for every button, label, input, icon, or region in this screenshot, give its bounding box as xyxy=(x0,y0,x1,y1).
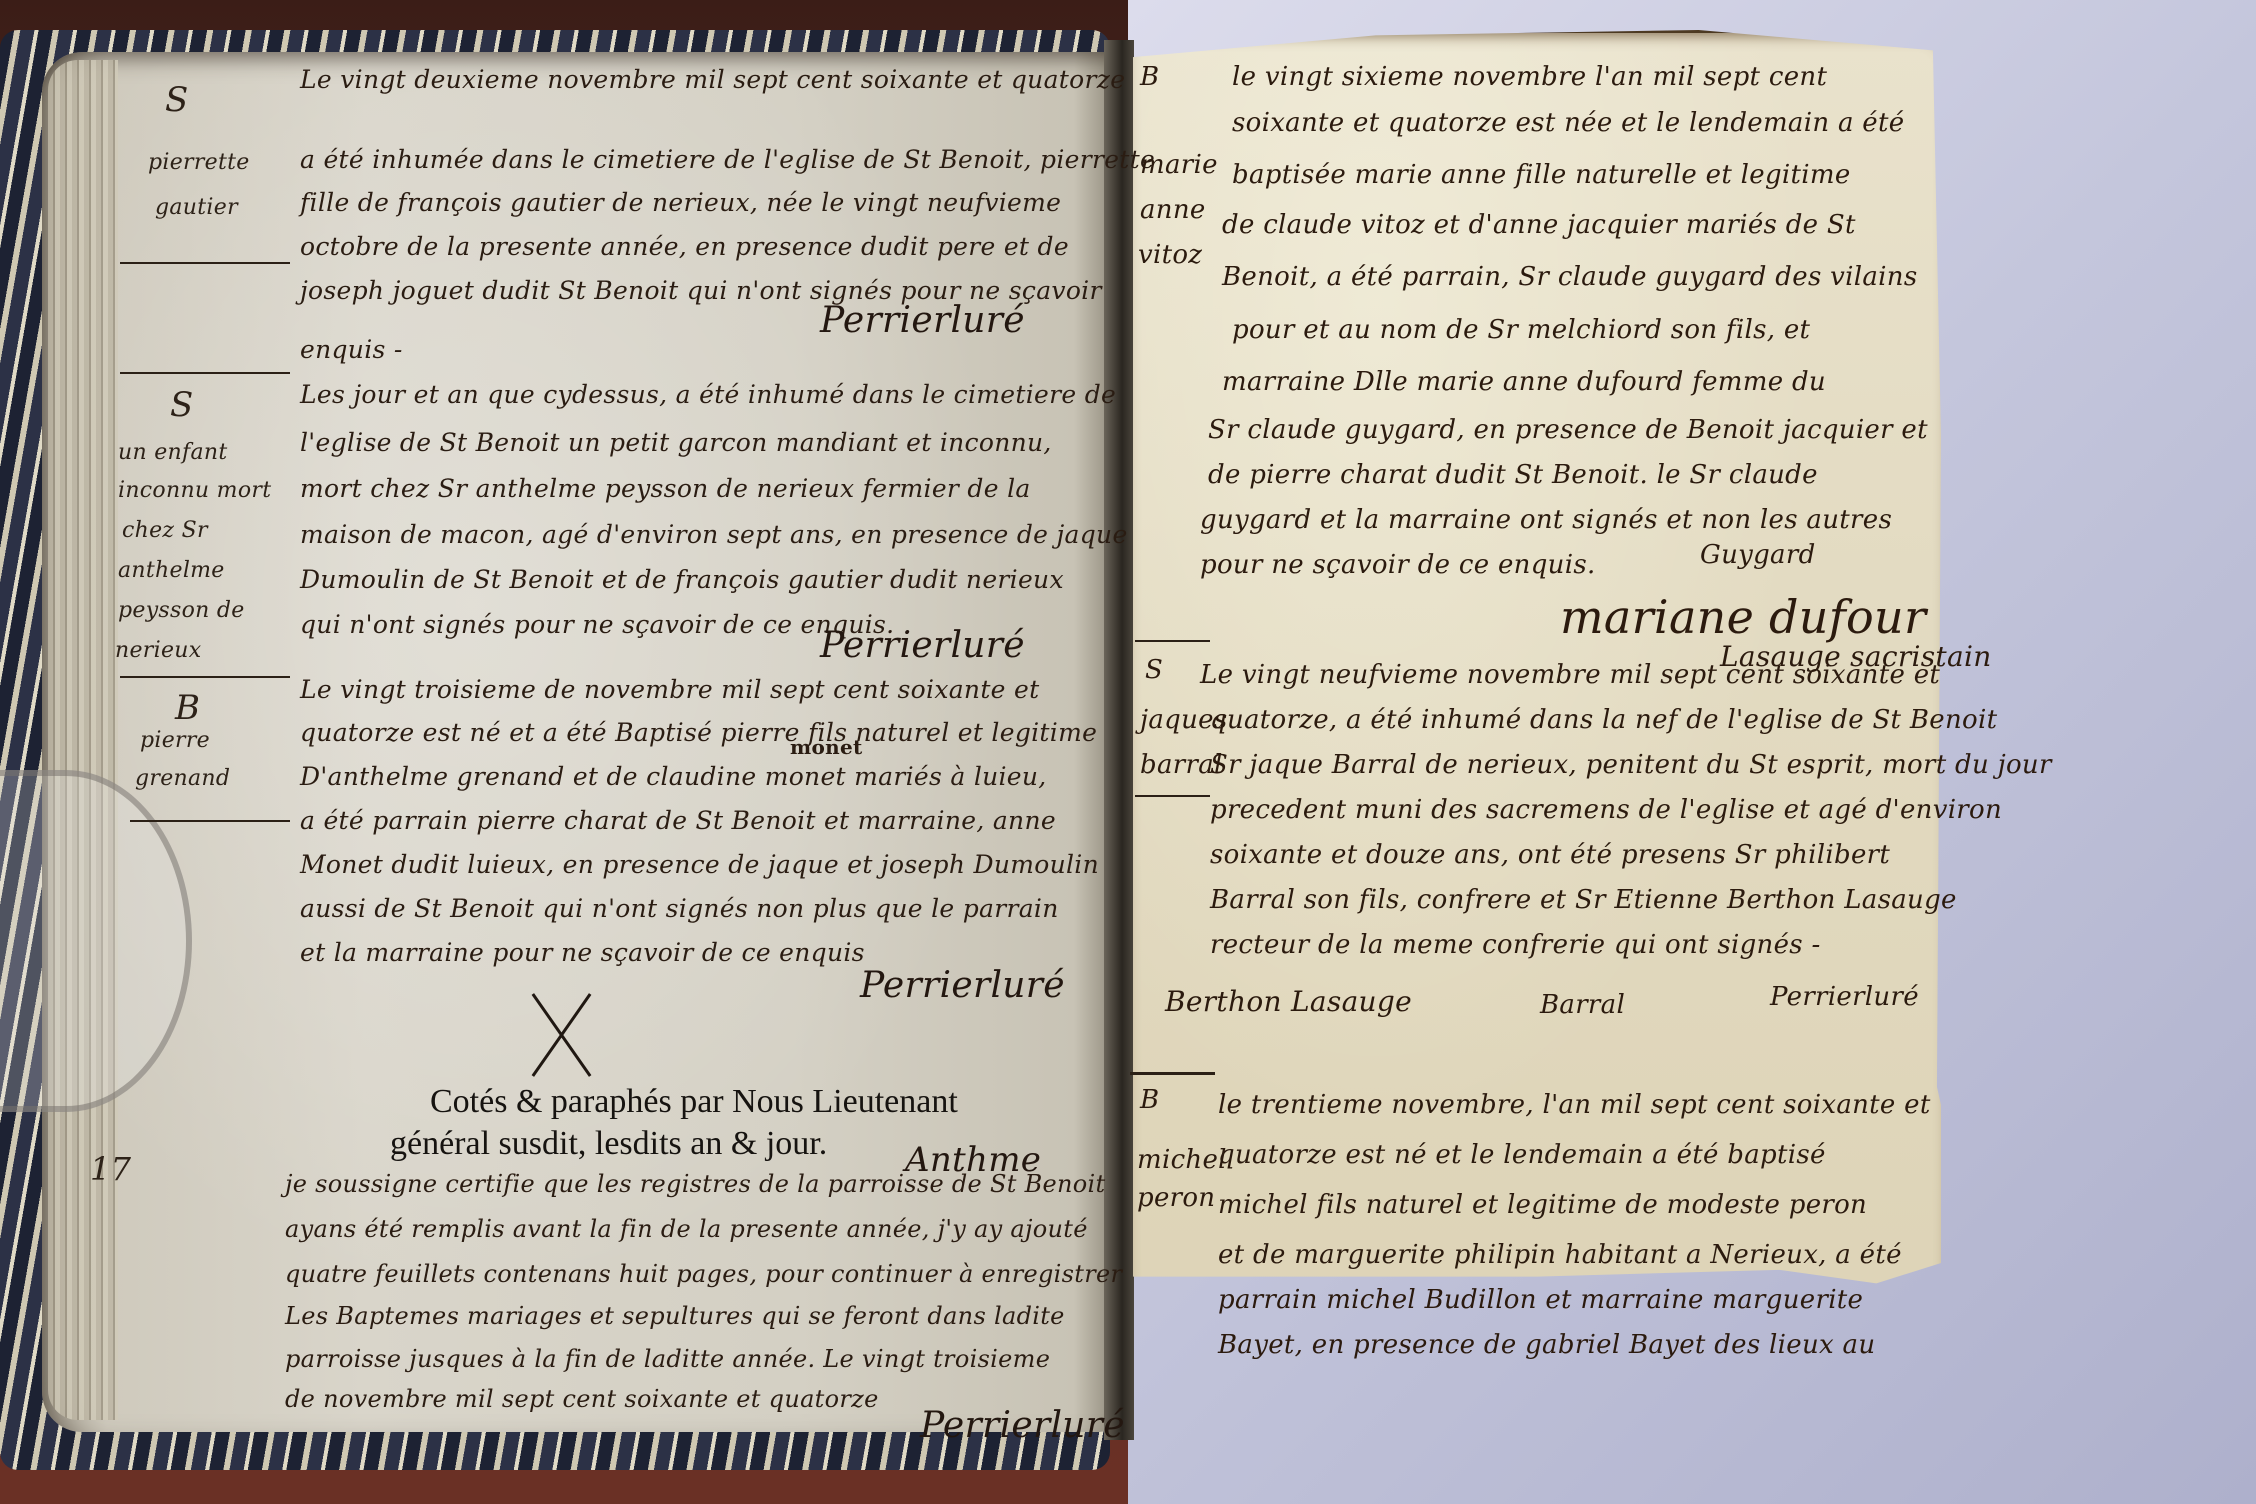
book-gutter xyxy=(1104,40,1134,1440)
text-line: a été inhumée dans le cimetiere de l'egl… xyxy=(300,145,1155,174)
margin-name-line: nerieux xyxy=(115,638,201,663)
text-line: octobre de la presente année, en presenc… xyxy=(300,232,1069,261)
text-line: de novembre mil sept cent soixante et qu… xyxy=(285,1385,879,1413)
margin-name-line: michel xyxy=(1137,1145,1227,1175)
text-line: Le vingt neufvieme novembre mil sept cen… xyxy=(1200,660,1940,690)
text-line: Monet dudit luieux, en presence de jaque… xyxy=(300,850,1099,879)
text-line: Bayet, en presence de gabriel Bayet des … xyxy=(1218,1330,1875,1360)
text-line: quatorze est né et a été Baptisé pierre … xyxy=(300,718,1097,747)
margin-entry-letter: S xyxy=(1145,655,1163,685)
page-edges xyxy=(48,60,118,1420)
text-line: precedent muni des sacremens de l'eglise… xyxy=(1210,795,2002,825)
margin-name-line: un enfant xyxy=(118,440,228,465)
signature-priest: Perrierluré xyxy=(820,300,1025,341)
text-line: soixante et douze ans, ont été presens S… xyxy=(1210,840,1890,870)
printed-paraphe-line: Cotés & paraphés par Nous Lieutenant xyxy=(430,1083,958,1121)
signature-witness: Berthon Lasauge xyxy=(1165,985,1412,1018)
text-line: aussi de St Benoit qui n'ont signés non … xyxy=(300,894,1059,923)
text-line: a été parrain pierre charat de St Benoit… xyxy=(300,806,1056,835)
margin-name-line: chez Sr xyxy=(122,518,208,543)
printed-paraphe-line: général susdit, lesdits an & jour. xyxy=(390,1125,827,1163)
text-line: Les jour et an que cydessus, a été inhum… xyxy=(300,380,1116,409)
text-line: baptisée marie anne fille naturelle et l… xyxy=(1232,160,1851,190)
text-line: guygard et la marraine ont signés et non… xyxy=(1200,505,1892,535)
interlinear-correction: monet xyxy=(790,735,863,759)
margin-mark: 17 xyxy=(90,1150,131,1188)
text-line: recteur de la meme confrerie qui ont sig… xyxy=(1210,930,1821,960)
text-line: Dumoulin de St Benoit et de françois gau… xyxy=(300,565,1064,594)
text-line: soixante et quatorze est née et le lende… xyxy=(1232,108,1904,138)
margin-name-line: pierre xyxy=(140,728,210,753)
text-line: parroisse jusques à la fin de laditte an… xyxy=(285,1345,1050,1373)
text-line: et la marraine pour ne sçavoir de ce enq… xyxy=(300,938,865,967)
margin-name-line: vitoz xyxy=(1138,240,1202,270)
text-line: D'anthelme grenand et de claudine monet … xyxy=(300,762,1047,791)
margin-name-line: inconnu mort xyxy=(118,478,271,503)
text-line: pour et au nom de Sr melchiord son fils,… xyxy=(1232,315,1810,345)
text-line: pour ne sçavoir de ce enquis. xyxy=(1200,550,1596,580)
text-line: Barral son fils, confrere et Sr Etienne … xyxy=(1210,885,1957,915)
text-line: et de marguerite philipin habitant a Ner… xyxy=(1218,1240,1902,1270)
text-line: enquis - xyxy=(300,335,403,364)
text-line: Le vingt troisieme de novembre mil sept … xyxy=(300,675,1039,704)
margin-name-line: pierrette xyxy=(148,150,250,175)
entry-divider xyxy=(120,262,290,264)
text-line: l'eglise de St Benoit un petit garcon ma… xyxy=(300,428,1052,457)
margin-name-line: grenand xyxy=(135,766,230,791)
margin-entry-letter: S xyxy=(165,80,189,120)
text-line: parrain michel Budillon et marraine marg… xyxy=(1218,1285,1863,1315)
text-line: fille de françois gautier de nerieux, né… xyxy=(300,188,1061,217)
margin-name-line: anthelme xyxy=(118,558,225,583)
entry-divider xyxy=(120,676,290,678)
text-line: maison de macon, agé d'environ sept ans,… xyxy=(300,520,1128,549)
margin-entry-letter: B xyxy=(1140,1085,1159,1115)
text-line: michel fils naturel et legitime de modes… xyxy=(1218,1190,1867,1220)
signature-priest: Perrierluré xyxy=(1770,982,1919,1012)
text-line: Les Baptemes mariages et sepultures qui … xyxy=(285,1302,1065,1330)
signature-priest: Perrierluré xyxy=(920,1405,1125,1446)
margin-entry-letter: B xyxy=(1140,62,1159,92)
margin-name-line: peysson de xyxy=(118,598,245,623)
signature-son: Barral xyxy=(1540,990,1625,1020)
signature-priest: Perrierluré xyxy=(860,965,1065,1006)
text-line: mort chez Sr anthelme peysson de nerieux… xyxy=(300,474,1031,503)
margin-name-line: marie xyxy=(1140,150,1218,180)
text-line: je soussigne certifie que les registres … xyxy=(285,1170,1105,1198)
margin-name-line: anne xyxy=(1140,195,1206,225)
text-line: Le vingt deuxieme novembre mil sept cent… xyxy=(300,65,1125,94)
text-line: Sr jaque Barral de nerieux, penitent du … xyxy=(1210,750,2052,780)
entry-divider xyxy=(120,372,290,374)
entry-divider xyxy=(130,820,290,822)
text-line: le vingt sixieme novembre l'an mil sept … xyxy=(1232,62,1827,92)
text-line: quatre feuillets contenans huit pages, p… xyxy=(285,1260,1122,1288)
text-line: marraine Dlle marie anne dufourd femme d… xyxy=(1222,367,1826,397)
margin-name-line: gautier xyxy=(155,195,238,220)
text-line: ayans été remplis avant la fin de la pre… xyxy=(285,1215,1088,1243)
text-line: le trentieme novembre, l'an mil sept cen… xyxy=(1218,1090,1931,1120)
entry-divider xyxy=(1135,640,1210,642)
text-line: de claude vitoz et d'anne jacquier marié… xyxy=(1222,210,1856,240)
signature-godmother: mariane dufour xyxy=(1560,590,1926,644)
margin-entry-letter: B xyxy=(175,688,200,728)
text-line: qui n'ont signés pour ne sçavoir de ce e… xyxy=(300,610,894,639)
text-line: quatorze, a été inhumé dans la nef de l'… xyxy=(1210,705,1997,735)
entry-divider xyxy=(1130,1072,1215,1075)
text-line: Sr claude guygard, en presence de Benoit… xyxy=(1208,415,1928,445)
entry-divider xyxy=(1135,795,1210,797)
text-line: Benoit, a été parrain, Sr claude guygard… xyxy=(1222,262,1917,292)
margin-name-line: peron xyxy=(1137,1183,1215,1213)
margin-entry-letter: S xyxy=(170,385,194,425)
text-line: de pierre charat dudit St Benoit. le Sr … xyxy=(1208,460,1818,490)
signature-godfather: Guygard xyxy=(1700,540,1816,570)
text-line: quatorze est né et le lendemain a été ba… xyxy=(1218,1140,1826,1170)
signature-priest: Perrierluré xyxy=(820,625,1025,666)
